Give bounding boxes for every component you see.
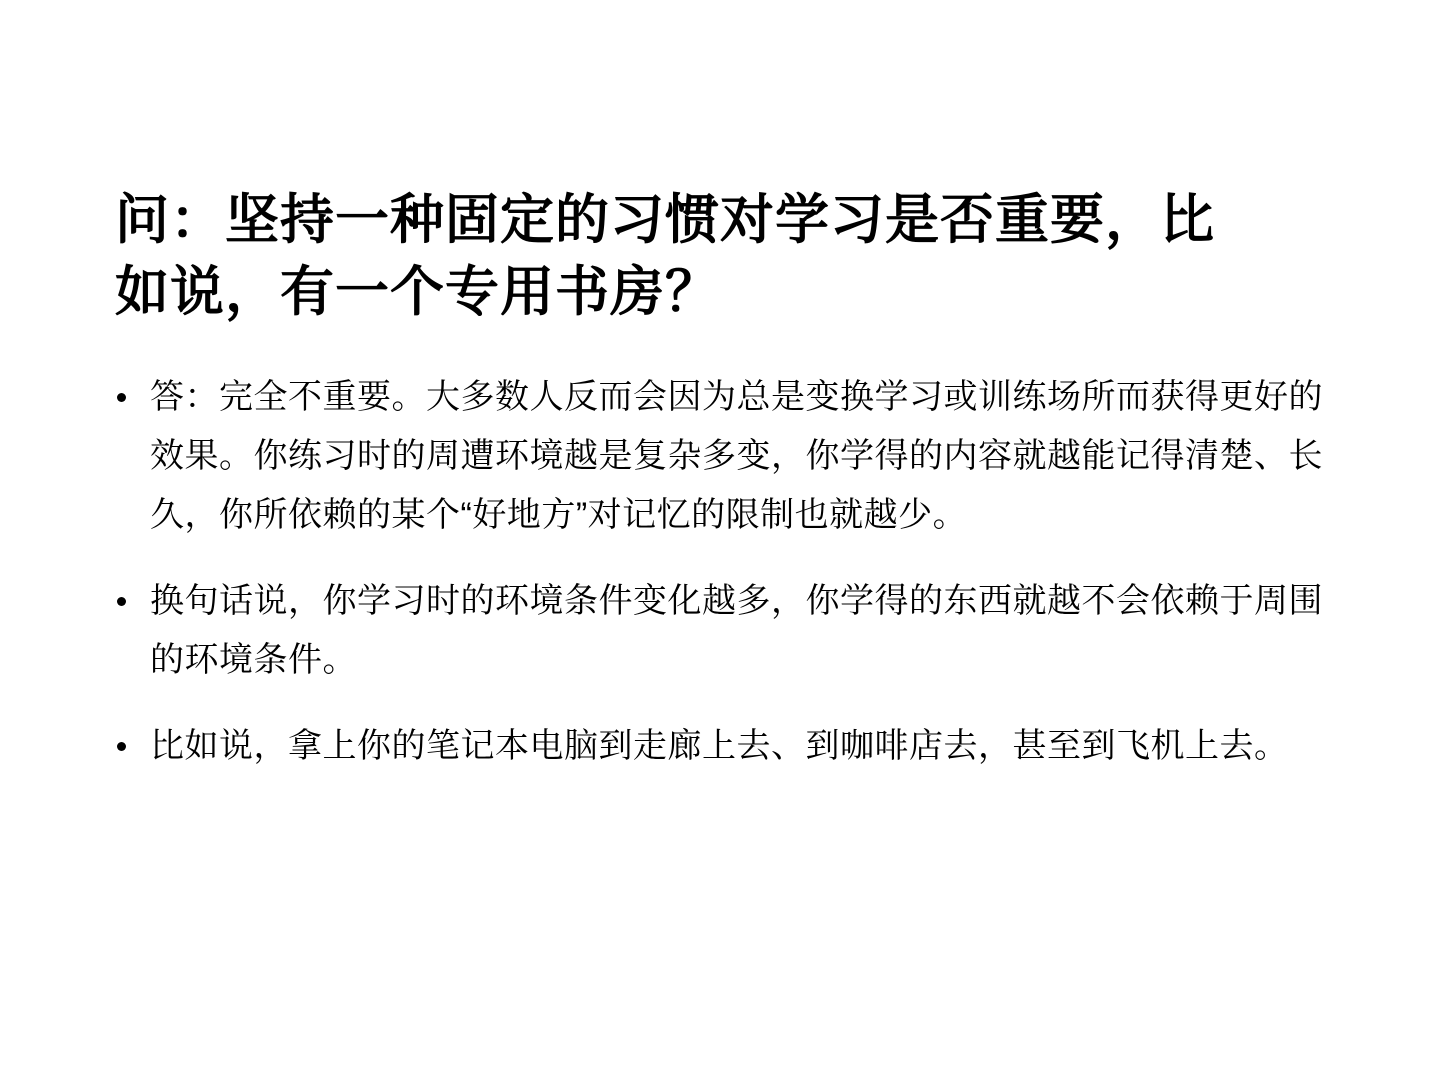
bullet-example-line-1: 比如说，拿上你的笔记本电脑到走廊上去、到咖啡店去，甚至到飞机上去。 bbox=[150, 717, 1355, 776]
bullet-item-example: 比如说，拿上你的笔记本电脑到走廊上去、到咖啡店去，甚至到飞机上去。 bbox=[115, 717, 1355, 776]
bullet-list: 答：完全不重要。大多数人反而会因为总是变换学习或训练场所而获得更好的 效果。你练… bbox=[115, 368, 1355, 803]
bullet-answer-line-3: 久，你所依赖的某个“好地方”对记忆的限制也就越少。 bbox=[150, 486, 1355, 545]
bullet-icon bbox=[117, 597, 126, 606]
bullet-icon bbox=[117, 742, 126, 751]
bullet-item-answer: 答：完全不重要。大多数人反而会因为总是变换学习或训练场所而获得更好的 效果。你练… bbox=[115, 368, 1355, 545]
bullet-text-answer: 答：完全不重要。大多数人反而会因为总是变换学习或训练场所而获得更好的 效果。你练… bbox=[150, 368, 1355, 545]
bullet-answer-line-1: 答：完全不重要。大多数人反而会因为总是变换学习或训练场所而获得更好的 bbox=[150, 368, 1355, 427]
bullet-text-example: 比如说，拿上你的笔记本电脑到走廊上去、到咖啡店去，甚至到飞机上去。 bbox=[150, 717, 1355, 776]
bullet-answer-line-2: 效果。你练习时的周遭环境越是复杂多变，你学得的内容就越能记得清楚、长 bbox=[150, 427, 1355, 486]
bullet-icon bbox=[117, 393, 126, 402]
slide: 问：坚持一种固定的习惯对学习是否重要，比 如说，有一个专用书房？ 答：完全不重要… bbox=[0, 0, 1440, 1080]
bullet-text-restate: 换句话说，你学习时的环境条件变化越多，你学得的东西就越不会依赖于周围 的环境条件… bbox=[150, 572, 1355, 690]
slide-title-line-1: 问：坚持一种固定的习惯对学习是否重要，比 bbox=[115, 184, 1215, 256]
bullet-restate-line-2: 的环境条件。 bbox=[150, 631, 1355, 690]
slide-title: 问：坚持一种固定的习惯对学习是否重要，比 如说，有一个专用书房？ bbox=[115, 184, 1215, 328]
bullet-restate-line-1: 换句话说，你学习时的环境条件变化越多，你学得的东西就越不会依赖于周围 bbox=[150, 572, 1355, 631]
slide-title-line-2: 如说，有一个专用书房？ bbox=[115, 256, 1215, 328]
bullet-item-restate: 换句话说，你学习时的环境条件变化越多，你学得的东西就越不会依赖于周围 的环境条件… bbox=[115, 572, 1355, 690]
